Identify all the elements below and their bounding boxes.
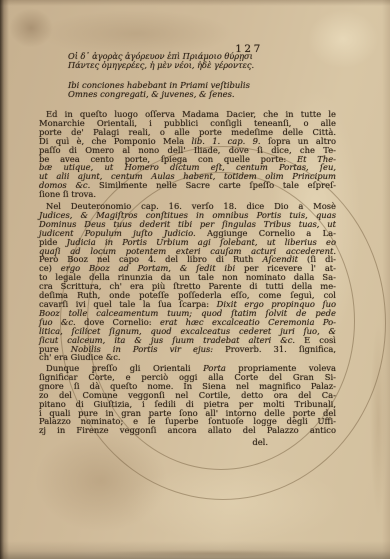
text-line: Πάντες ὁμηγερέες, ἠ μὲν νέοι, ἠδὲ γέροντ… [68,61,298,70]
text-line: ch' era Giudice &c. [39,353,336,362]
paragraph-3: Dunque preſſo gli Orientali Porta propri… [39,364,336,435]
catchword: del. [39,437,268,447]
scanned-page: 127 Οἱ δ᾽ ἀγορὰς ἀγόρευον ἐπὶ Πριάμοιο θ… [0,0,390,559]
text-line: zj in Firenze veggonſi ancora allato del… [39,426,336,435]
text-line: ſione ſi trova. [39,190,336,199]
latin-quote: Ibi conciones habebant in Priami veſtibu… [68,81,298,100]
paragraph-1: Ed in queſto luogo oſſerva Madama Dacier… [39,110,336,199]
text-line: Omnes congregati, & juvenes, & ſenes. [68,90,298,99]
paragraph-2: Nel Deuteronomio cap. 16. verſo 18. dice… [39,202,336,362]
greek-quote: Οἱ δ᾽ ἀγορὰς ἀγόρευον ἐπὶ Πριάμοιο θύρῃσ… [68,52,298,70]
